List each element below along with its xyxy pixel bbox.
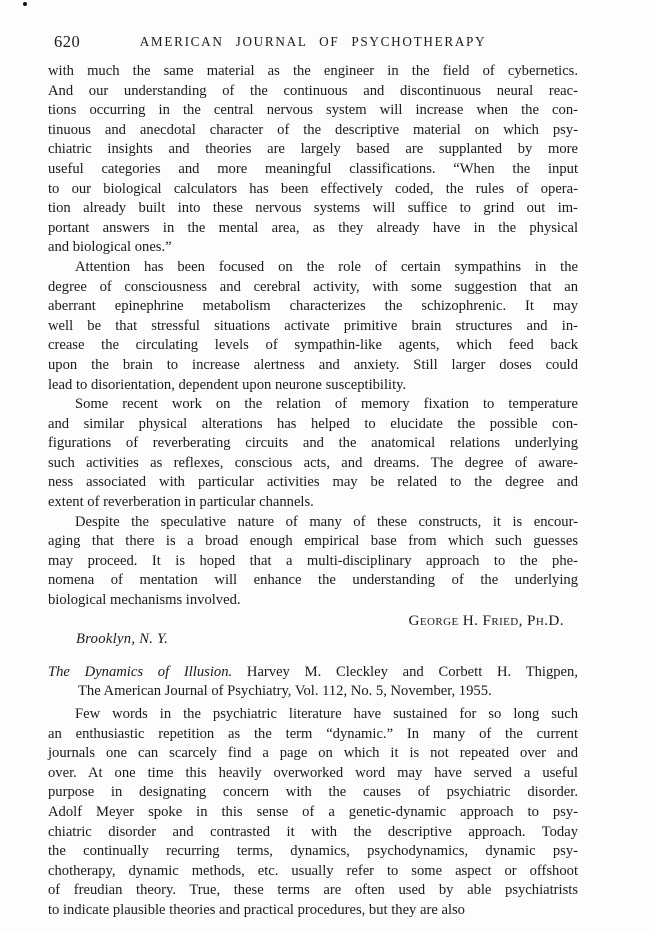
author-signature: George H. Fried, Ph.D. (48, 611, 578, 631)
text-line: aberrant epinephrine metabolism characte… (48, 297, 578, 317)
text-line: an enthusiastic repetition as the term “… (48, 725, 578, 745)
text-line: with much the same material as the engin… (48, 62, 578, 82)
text-line: ness associated with particular activiti… (48, 473, 578, 493)
text-line: Adolf Meyer spoke in this sense of a gen… (48, 803, 578, 823)
text-line: tinuous and anecdotal character of the d… (48, 121, 578, 141)
author-location: Brooklyn, N. Y. (48, 630, 578, 650)
text-line: purpose in designating concern with the … (48, 783, 578, 803)
text-line: tions occurring in the central nervous s… (48, 101, 578, 121)
text-line: Attention has been focused on the role o… (48, 258, 578, 278)
text-line: chiatric disorder and contrasted it with… (48, 823, 578, 843)
text-line: portant answers in the mental area, as t… (48, 219, 578, 239)
running-title: AMERICAN JOURNAL OF PSYCHOTHERAPY (48, 34, 578, 50)
text-line: chotherapy, dynamic methods, etc. usuall… (48, 862, 578, 882)
text-line: may proceed. It is hoped that a multi-di… (48, 552, 578, 572)
review-citation-line2: The American Journal of Psychiatry, Vol.… (48, 682, 578, 702)
paragraph-conclusion: Despite the speculative nature of many o… (48, 513, 578, 611)
text-line: nomena of mentation will enhance the und… (48, 571, 578, 591)
text-line: aging that there is a broad enough empir… (48, 532, 578, 552)
text-line: And our understanding of the continuous … (48, 82, 578, 102)
text-line: journals one can scarcely find a page on… (48, 744, 578, 764)
text-line: upon the brain to increase alertness and… (48, 356, 578, 376)
text-line: Some recent work on the relation of memo… (48, 395, 578, 415)
paragraph-continuation: with much the same material as the engin… (48, 62, 578, 258)
paragraph-memory-fixation: Some recent work on the relation of memo… (48, 395, 578, 513)
text-line: degree of consciousness and cerebral act… (48, 278, 578, 298)
scan-artifact-dot (23, 2, 27, 6)
text-line: tion already built into these nervous sy… (48, 199, 578, 219)
text-line: the continually recurring terms, dynamic… (48, 842, 578, 862)
page-header: 620 AMERICAN JOURNAL OF PSYCHOTHERAPY (48, 32, 578, 49)
paragraph-review-opening: Few words in the psychiatric literature … (48, 705, 578, 921)
text-line: of freudian theory. True, these terms ar… (48, 881, 578, 901)
text-line: biological mechanisms involved. (48, 591, 578, 611)
review-citation-heading: The Dynamics of Illusion. Harvey M. Clec… (48, 663, 578, 702)
review-authors: Harvey M. Cleckley and Corbett H. Thigpe… (247, 664, 578, 680)
text-block: with much the same material as the engin… (48, 62, 578, 921)
text-line: Few words in the psychiatric literature … (48, 705, 578, 725)
text-line: well be that stressful situations activa… (48, 317, 578, 337)
text-line: lead to disorientation, dependent upon n… (48, 376, 578, 396)
text-line: crease the circulating levels of sympath… (48, 336, 578, 356)
text-line: and biological ones.” (48, 238, 578, 258)
text-line: to indicate plausible theories and pract… (48, 901, 578, 921)
text-line: figurations of reverberating circuits an… (48, 434, 578, 454)
text-line: extent of reverberation in particular ch… (48, 493, 578, 513)
text-line: Despite the speculative nature of many o… (48, 513, 578, 533)
text-line: chiatric insights and theories are large… (48, 140, 578, 160)
review-citation-line1: The Dynamics of Illusion. Harvey M. Clec… (48, 663, 578, 683)
review-title: The Dynamics of Illusion. (48, 664, 232, 680)
text-line: to our biological calculators has been e… (48, 180, 578, 200)
text-line: and similar physical alterations has hel… (48, 415, 578, 435)
text-line: useful categories and more meaningful cl… (48, 160, 578, 180)
text-line: such activities as reflexes, conscious a… (48, 454, 578, 474)
text-line: over. At one time this heavily overworke… (48, 764, 578, 784)
paragraph-sympathins: Attention has been focused on the role o… (48, 258, 578, 395)
